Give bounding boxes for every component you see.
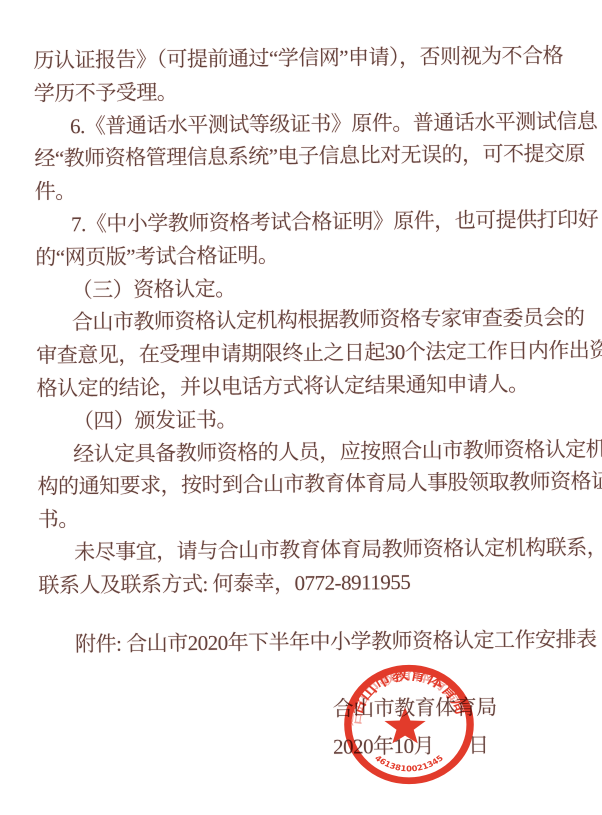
official-seal-stamp: 合山市教育体育局 合山市教育体育局 4613810021345 (340, 661, 478, 788)
document-line: 审查意见，在受理申请期限终止之日起30个法定工作日内作出资 (36, 335, 576, 373)
document-line: 合山市教师资格认定机构根据教师资格专家审查委员会的 (36, 302, 576, 340)
document-line: 经“教师资格管理信息系统”电子信息比对无误的，可不提交原 (34, 138, 574, 176)
document-line: 件。 (35, 171, 575, 209)
document-line: 6.《普通话水平测试等级证书》原件。普通话水平测试信息 (34, 105, 574, 143)
document-line: 格认定的结论，并以电话方式将认定结果通知申请人。 (36, 367, 576, 405)
document-line: 经认定具备教师资格的人员，应按照合山市教师资格认定机 (37, 433, 577, 471)
document-line: 联系人及联系方式: 何泰幸，0772-8911955 (38, 564, 578, 602)
document-line: （四）颁发证书。 (37, 400, 577, 438)
document-line: 的“网页版”考试合格证明。 (35, 236, 575, 274)
document-line: 书。 (38, 499, 578, 537)
document-line: 历认证报告》（可提前通过“学信网”申请），否则视为不合格 (33, 39, 573, 77)
document-line: 学历不予受理。 (34, 72, 574, 110)
document-line: 构的通知要求，按时到合山市教育体育局人事股领取教师资格证 (37, 466, 577, 504)
document-line: 7.《中小学教师资格考试合格证明》原件，也可提供打印好 (35, 203, 575, 241)
document-content: 历认证报告》（可提前通过“学信网”申请），否则视为不合格学历不予受理。6.《普通… (0, 0, 602, 815)
seal-code: 4613810021345 (373, 753, 445, 773)
seal-star-icon (384, 707, 425, 743)
attachment-line: 附件: 合山市2020年下半年中小学教师资格认定工作安排表 (39, 623, 579, 661)
document-line: （三）资格认定。 (35, 269, 575, 307)
seal-graphic: 合山市教育体育局 合山市教育体育局 4613810021345 (340, 661, 478, 788)
document-body: 历认证报告》（可提前通过“学信网”申请），否则视为不合格学历不予受理。6.《普通… (33, 39, 579, 660)
document-page: 历认证报告》（可提前通过“学信网”申请），否则视为不合格学历不予受理。6.《普通… (0, 0, 602, 815)
document-line: 未尽事宜，请与合山市教育体育局教师资格认定机构联系， (38, 531, 578, 569)
